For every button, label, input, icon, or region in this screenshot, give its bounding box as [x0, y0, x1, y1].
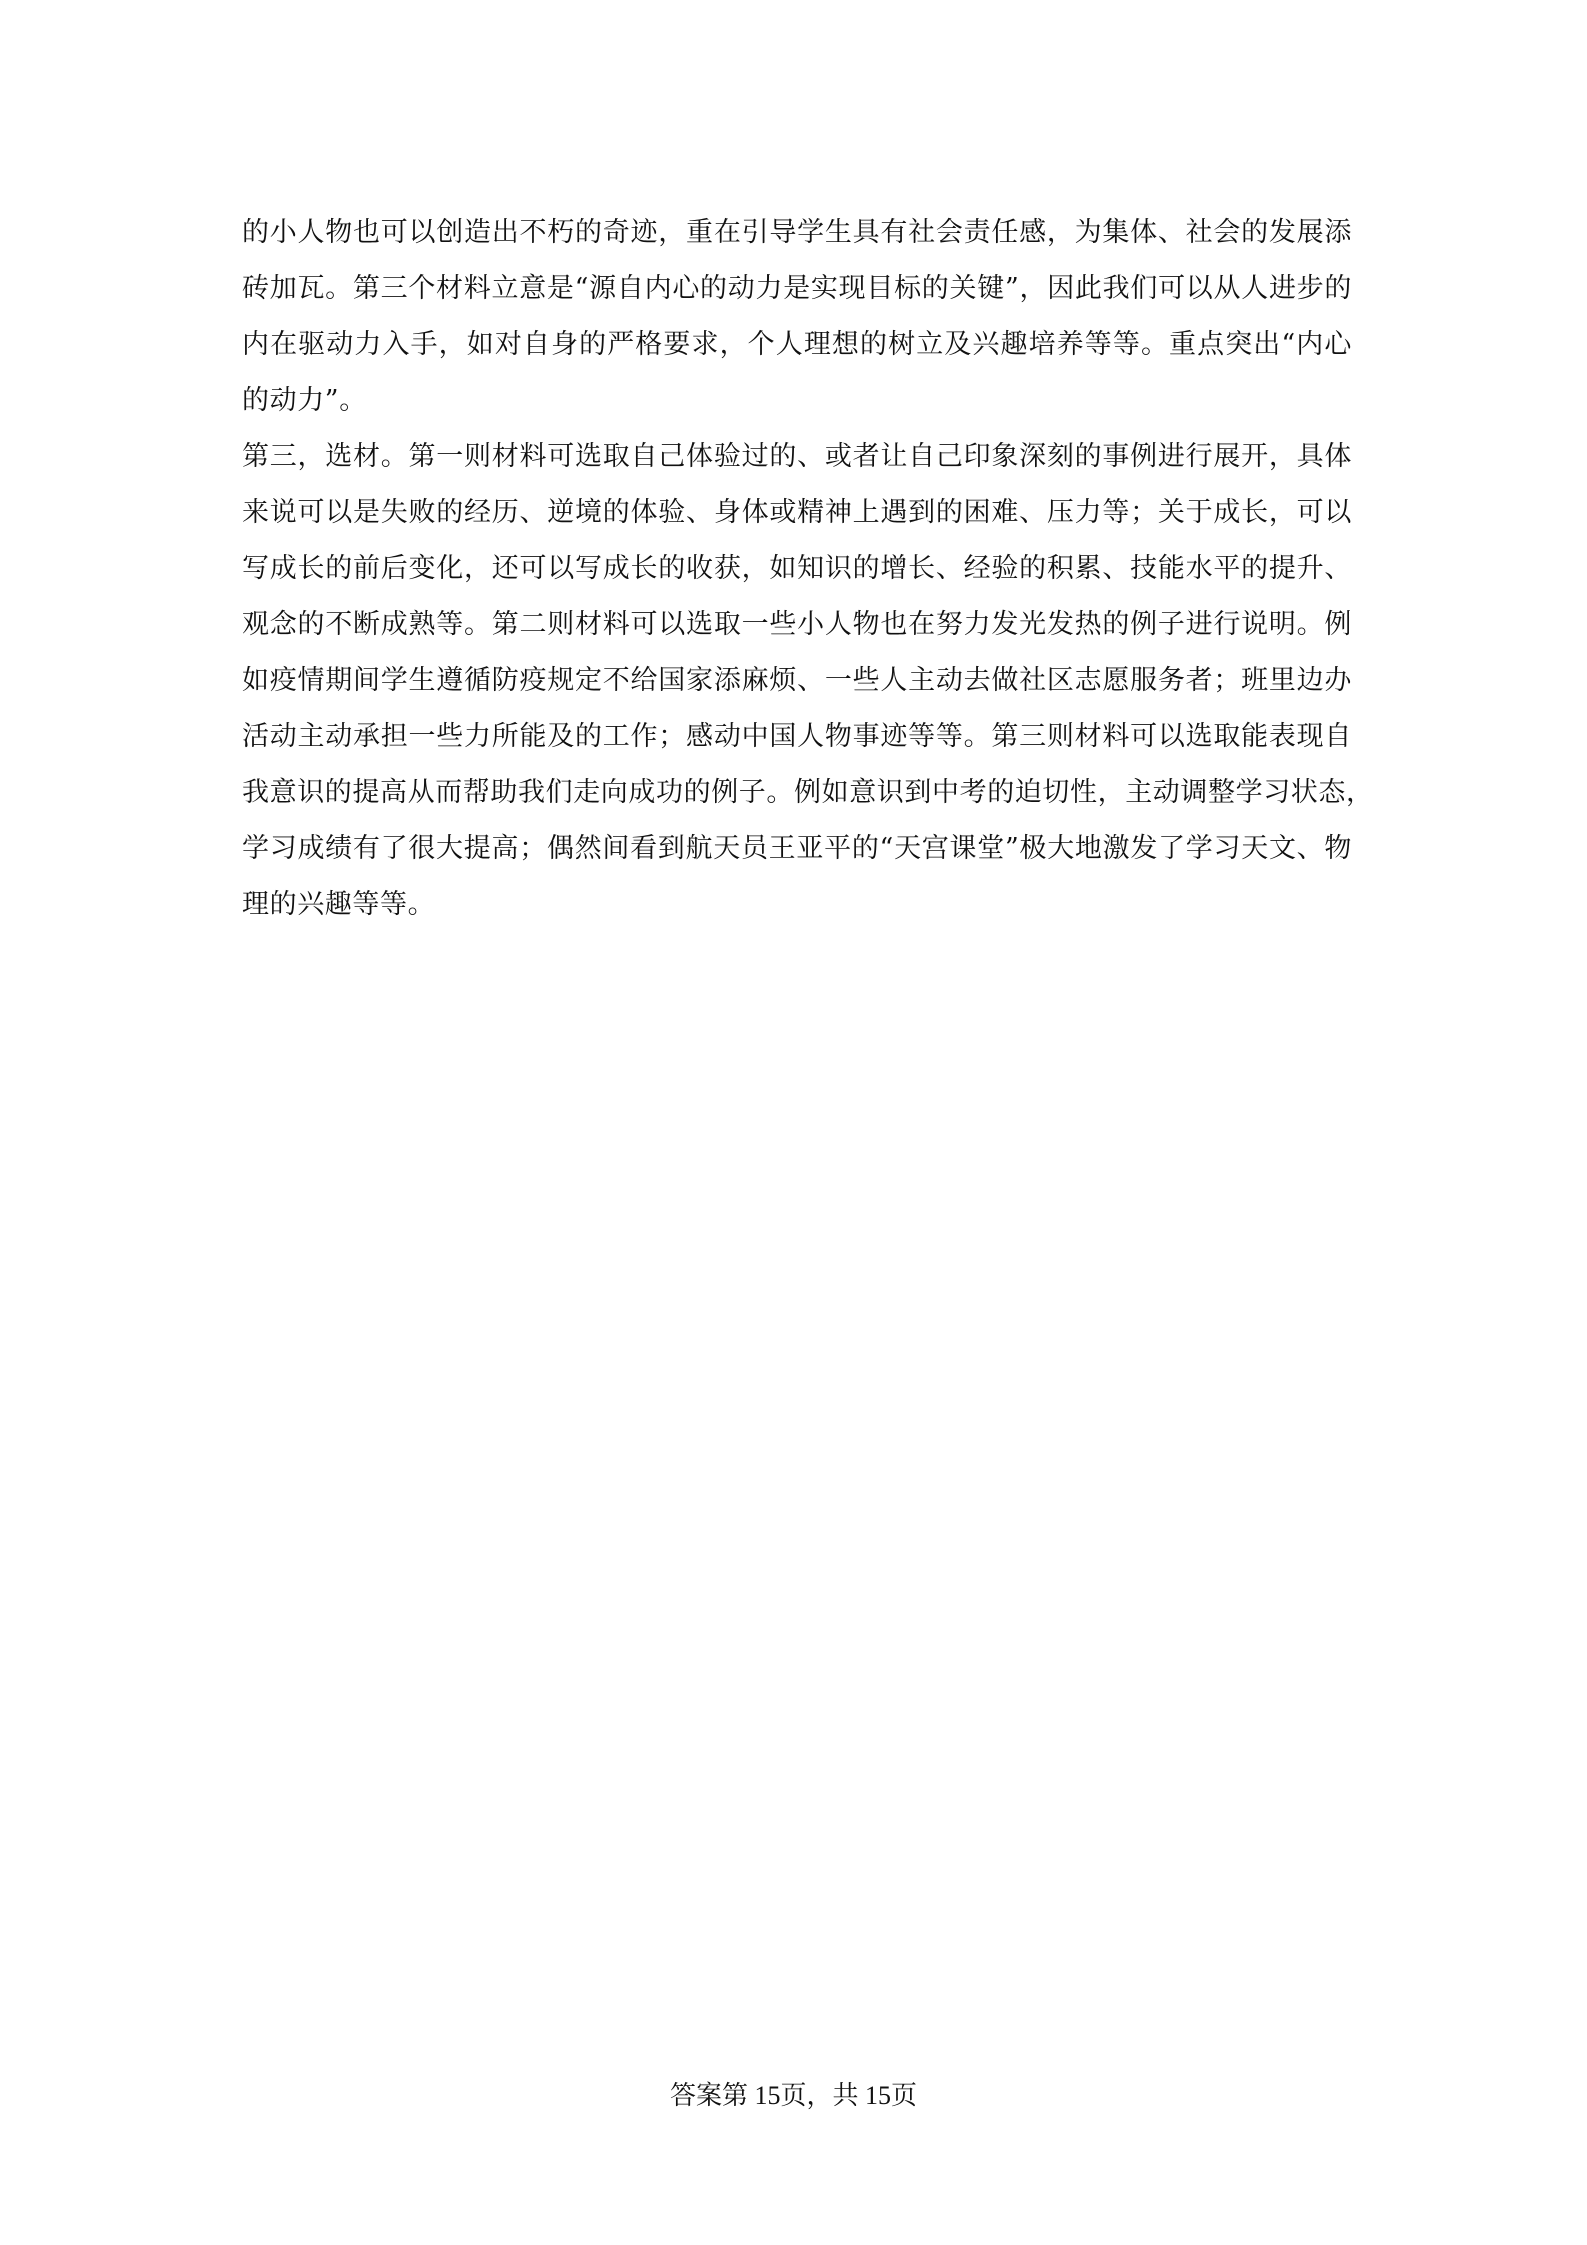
- text-line: 的动力”。: [242, 373, 1352, 429]
- text-line: 如疫情期间学生遵循防疫规定不给国家添麻烦、一些人主动去做社区志愿服务者；班里边办: [242, 653, 1352, 709]
- page-number-label: 答案第 15页，共 15页: [670, 2081, 917, 2110]
- text-line: 来说可以是失败的经历、逆境的体验、身体或精神上遇到的困难、压力等；关于成长，可以: [242, 485, 1352, 541]
- text-line: 内在驱动力入手，如对自身的严格要求，个人理想的树立及兴趣培养等等。重点突出“内心: [242, 317, 1352, 373]
- text-line: 的小人物也可以创造出不朽的奇迹，重在引导学生具有社会责任感，为集体、社会的发展添: [242, 205, 1352, 261]
- document-page: 的小人物也可以创造出不朽的奇迹，重在引导学生具有社会责任感，为集体、社会的发展添…: [0, 0, 1587, 2245]
- text-line: 学习成绩有了很大提高；偶然间看到航天员王亚平的“天宫课堂”极大地激发了学习天文、…: [242, 821, 1352, 877]
- page-footer: 答案第 15页，共 15页: [0, 2075, 1587, 2112]
- answer-body-text: 的小人物也可以创造出不朽的奇迹，重在引导学生具有社会责任感，为集体、社会的发展添…: [242, 205, 1352, 933]
- text-line: 砖加瓦。第三个材料立意是“源自内心的动力是实现目标的关键”，因此我们可以从人进步…: [242, 261, 1352, 317]
- text-line: 我意识的提高从而帮助我们走向成功的例子。例如意识到中考的迫切性，主动调整学习状态…: [242, 765, 1352, 821]
- text-line: 观念的不断成熟等。第二则材料可以选取一些小人物也在努力发光发热的例子进行说明。例: [242, 597, 1352, 653]
- text-line: 理的兴趣等等。: [242, 877, 1352, 933]
- text-line: 活动主动承担一些力所能及的工作；感动中国人物事迹等等。第三则材料可以选取能表现自: [242, 709, 1352, 765]
- text-line: 第三，选材。第一则材料可选取自己体验过的、或者让自己印象深刻的事例进行展开，具体: [242, 429, 1352, 485]
- paragraph-continuation: 的小人物也可以创造出不朽的奇迹，重在引导学生具有社会责任感，为集体、社会的发展添…: [242, 205, 1352, 429]
- text-line: 写成长的前后变化，还可以写成长的收获，如知识的增长、经验的积累、技能水平的提升、: [242, 541, 1352, 597]
- paragraph-point-three: 第三，选材。第一则材料可选取自己体验过的、或者让自己印象深刻的事例进行展开，具体…: [242, 429, 1352, 933]
